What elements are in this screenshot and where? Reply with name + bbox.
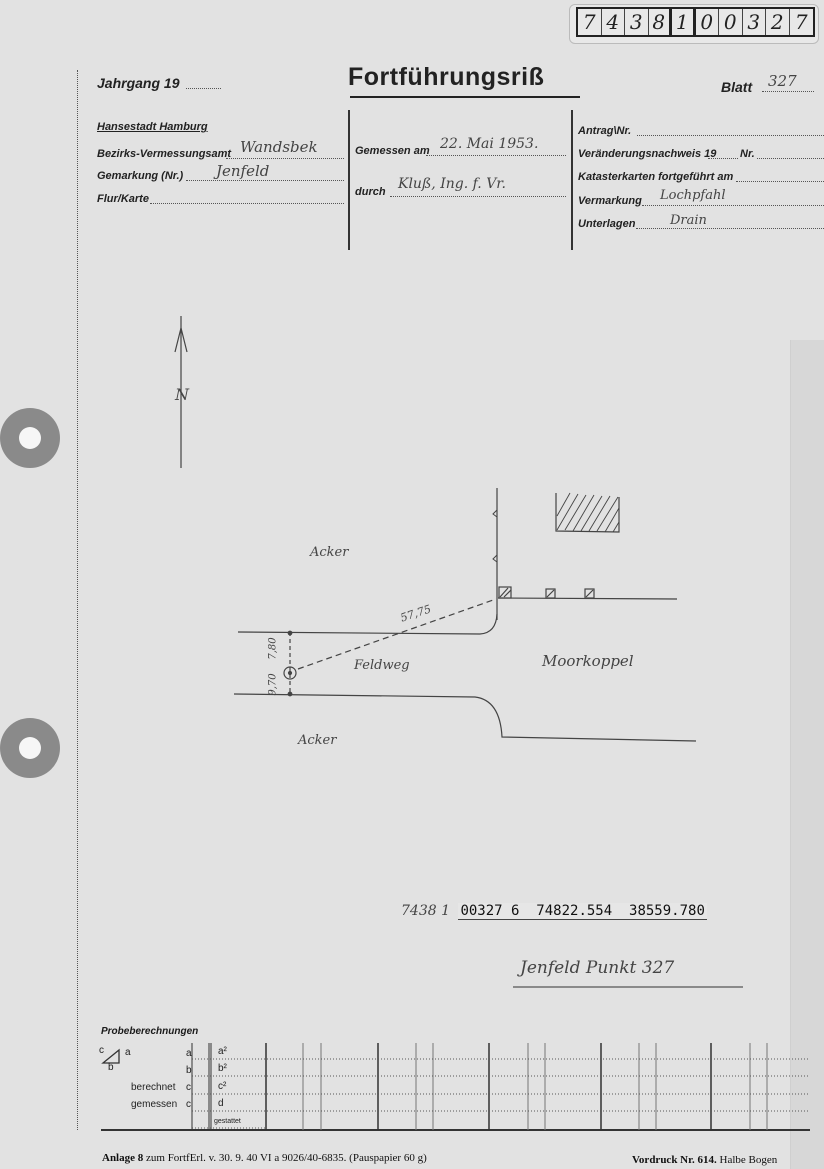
label-acker-bottom: Acker: [298, 733, 336, 748]
probe-sq: d: [218, 1098, 224, 1109]
survey-form-page: 7 4 3 8 1 0 0 3 2 7 Jahrgang 19 Fortführ…: [0, 0, 824, 1169]
label-acker-top: Acker: [310, 545, 348, 560]
label-offset-top: 7,80: [268, 637, 279, 659]
probe-row-label: gemessen: [131, 1099, 177, 1110]
probe-gestattet: gestattet: [214, 1118, 241, 1125]
footer-left: Anlage 8 zum FortfErl. v. 30. 9. 40 VI a…: [102, 1152, 427, 1164]
north-label: N: [175, 385, 189, 404]
footer-right: Vordruck Nr. 614. Halbe Bogen: [632, 1154, 777, 1166]
probe-sq: c²: [218, 1081, 226, 1092]
triangle-label-a: a: [125, 1047, 131, 1058]
triangle-label-c: c: [99, 1045, 104, 1056]
footer-right-bold: Vordruck Nr. 614.: [632, 1154, 717, 1166]
label-feldweg: Feldweg: [354, 658, 410, 673]
probe-title: Probeberechnungen: [101, 1026, 198, 1037]
survey-sketch: [0, 0, 824, 1169]
footer-left-bold: Anlage 8: [102, 1152, 143, 1164]
probe-sq: a²: [218, 1046, 227, 1057]
probe-var: b: [186, 1065, 192, 1076]
probe-sq: b²: [218, 1063, 227, 1074]
point-record-prefix: 7438 1: [401, 903, 450, 919]
footer-right-text: Halbe Bogen: [717, 1154, 777, 1166]
probe-row-label: berechnet: [131, 1082, 175, 1093]
point-record: 7438 1 00327 6 74822.554 38559.780: [401, 903, 707, 919]
probe-var: c: [186, 1082, 191, 1093]
footer-left-text: zum FortfErl. v. 30. 9. 40 VI a 9026/40-…: [143, 1152, 427, 1164]
point-caption: Jenfeld Punkt 327: [520, 958, 674, 978]
label-moorkoppel: Moorkoppel: [542, 652, 634, 670]
triangle-label-b: b: [108, 1062, 114, 1073]
probe-var: a: [186, 1048, 192, 1059]
probe-var: c: [186, 1099, 191, 1110]
label-offset-bottom: 9,70: [268, 673, 279, 695]
point-record-coordinates: 00327 6 74822.554 38559.780: [458, 903, 706, 920]
